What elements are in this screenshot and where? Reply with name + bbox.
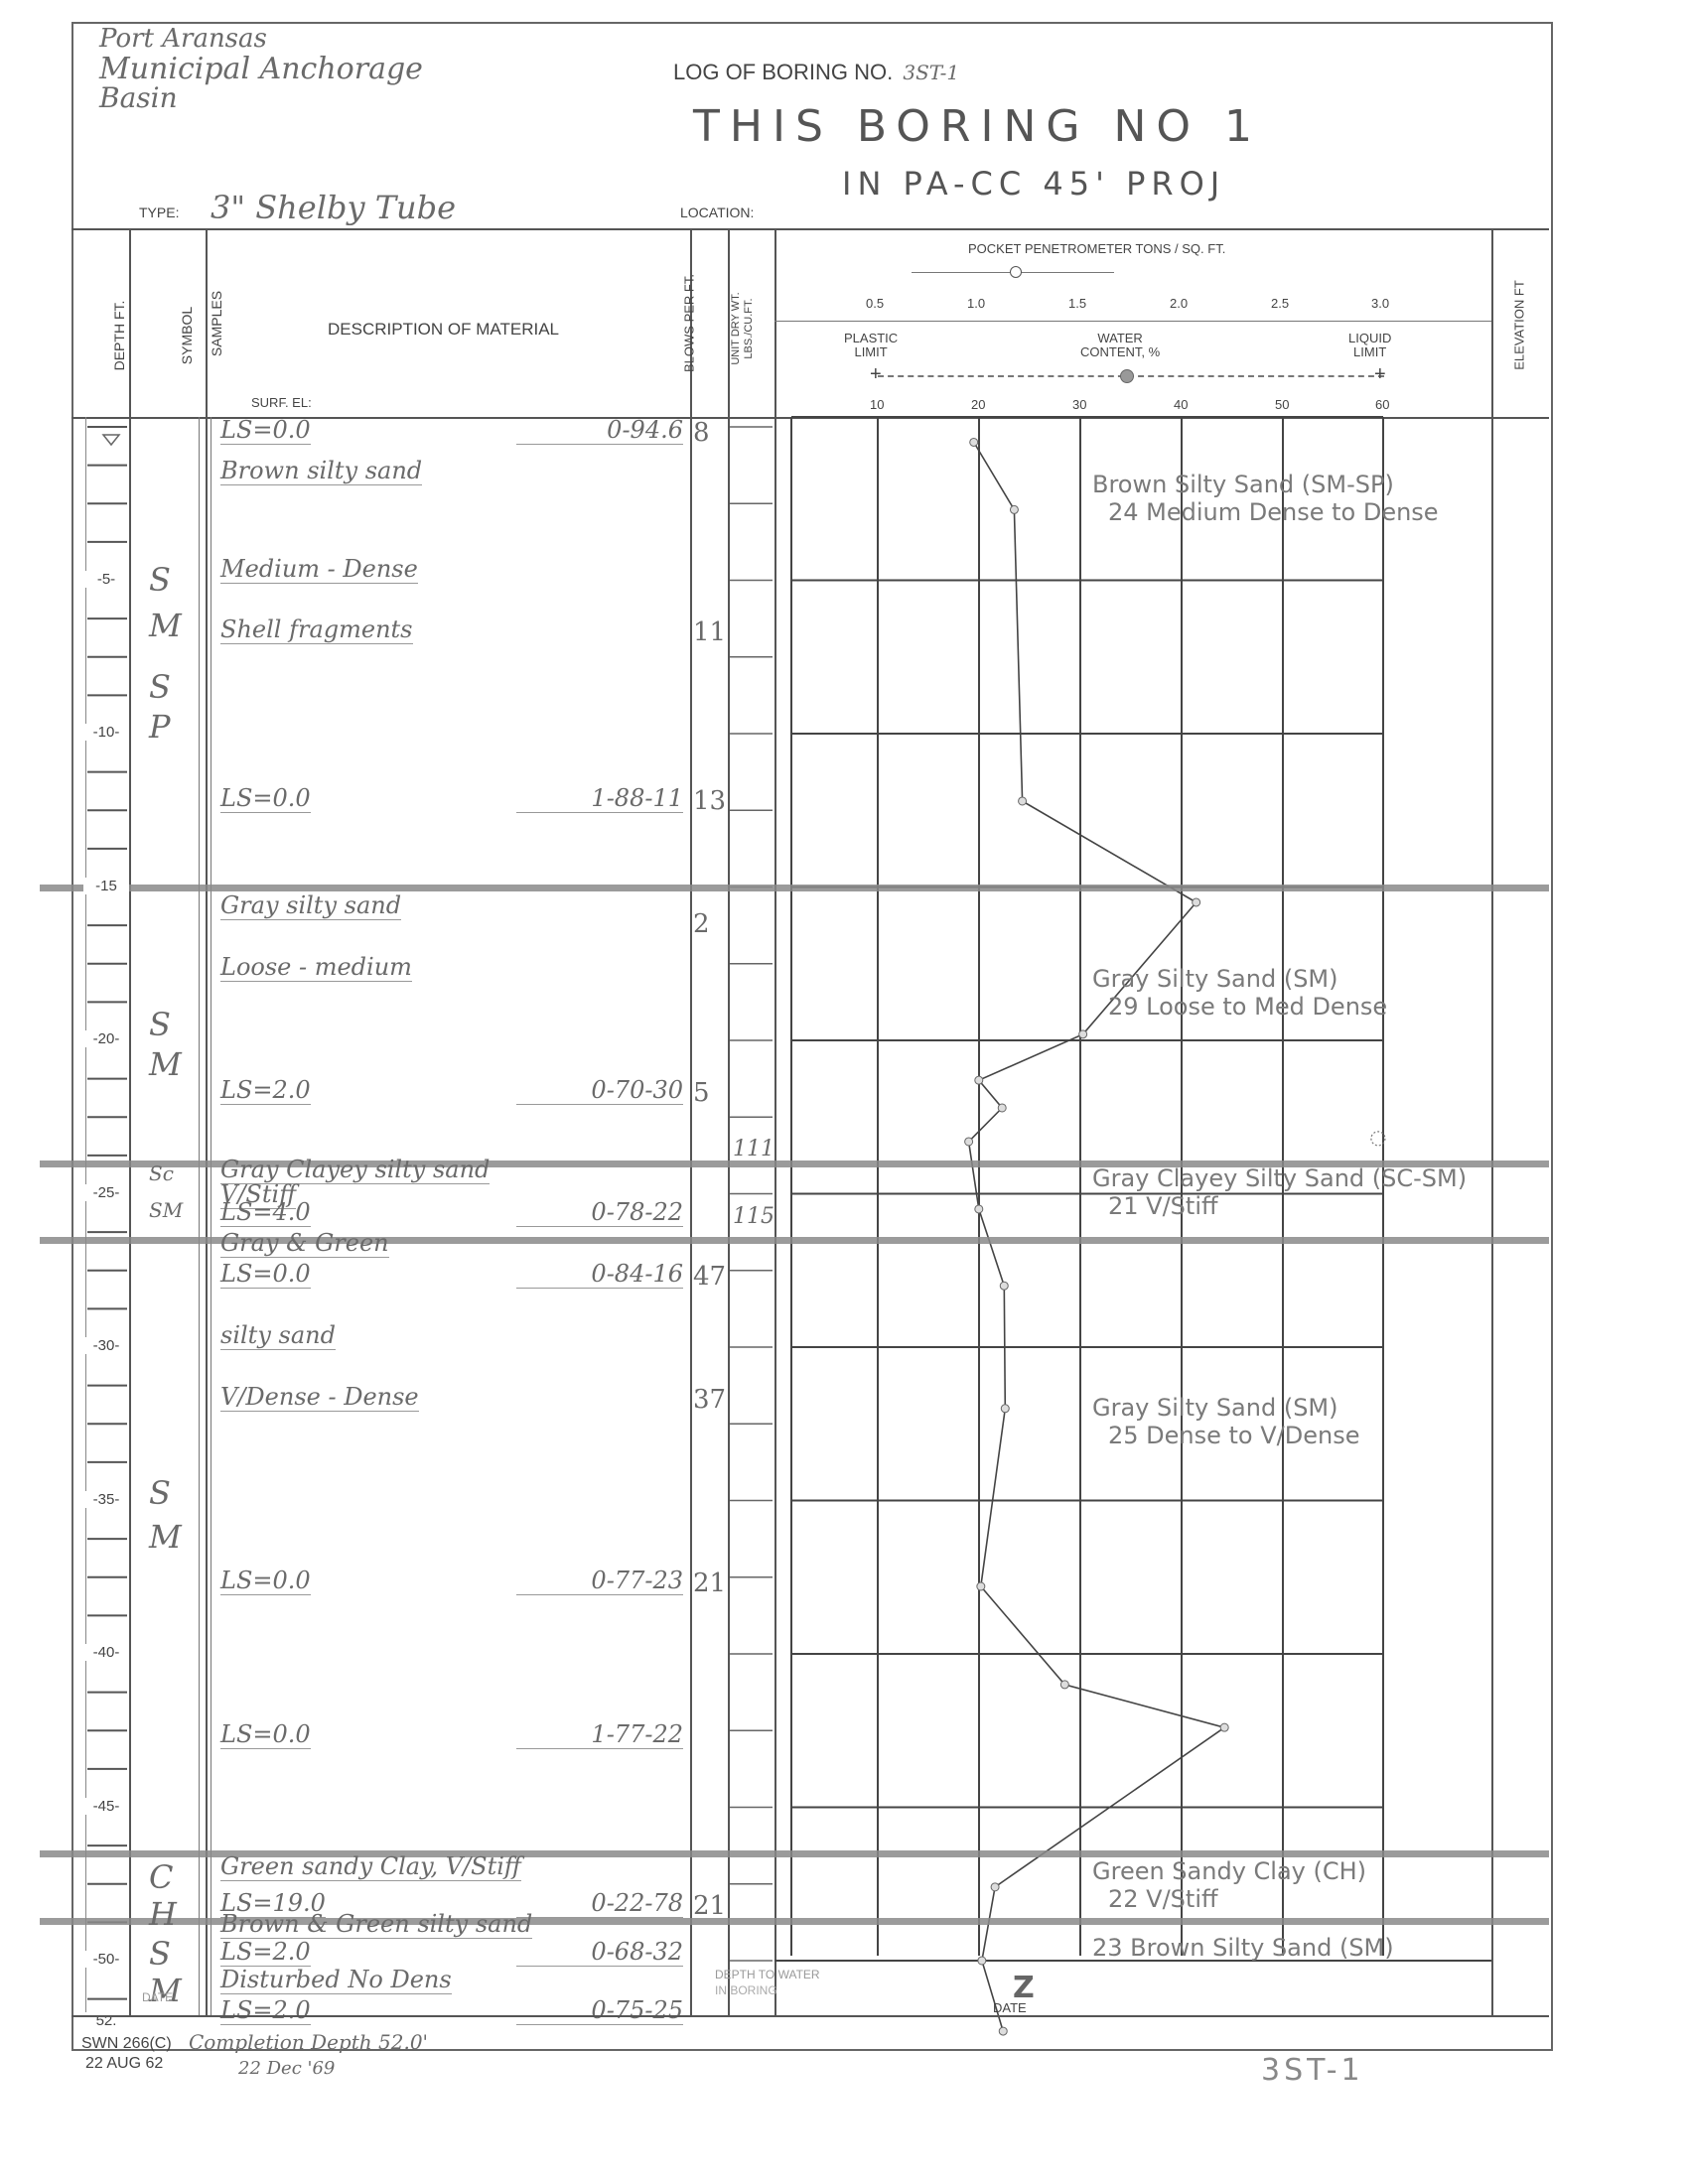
depth-tick-label: -25- bbox=[83, 1184, 129, 1201]
uscs-symbol: M bbox=[149, 1045, 182, 1083]
blows-value: 11 bbox=[693, 617, 726, 647]
unit-weight-value: 111 bbox=[733, 1137, 774, 1161]
depth-tick-label: -20- bbox=[83, 1030, 129, 1047]
water-tick-label: 50 bbox=[1275, 397, 1289, 412]
material-description: LS=0.0 bbox=[220, 1260, 311, 1289]
form-code: SWN 266(C) bbox=[81, 2035, 172, 2053]
date-scribble: Z bbox=[1013, 1971, 1035, 2005]
water-tick-label: 30 bbox=[1072, 397, 1086, 412]
in-boring: IN BORING bbox=[715, 1983, 777, 1997]
material-description: Brown silty sand bbox=[220, 457, 422, 485]
material-description: Medium - Dense bbox=[220, 555, 418, 584]
material-description: Brown & Green silty sand bbox=[220, 1910, 532, 1939]
material-description: Disturbed No Dens bbox=[220, 1966, 452, 1994]
material-description: Gray & Green bbox=[220, 1229, 389, 1258]
blows-value: 21 bbox=[693, 1891, 726, 1921]
sample-result: 1-77-22 bbox=[516, 1720, 683, 1749]
form-date: 22 AUG 62 bbox=[85, 2055, 163, 2073]
stratum-annotation: Green Sandy Clay (CH)22 V/Stiff bbox=[1092, 1857, 1366, 1913]
sample-result: 0-78-22 bbox=[516, 1198, 683, 1227]
depth-tick-label: -45- bbox=[83, 1798, 129, 1815]
uscs-symbol: S bbox=[149, 561, 171, 599]
pen-tick-label: 1.5 bbox=[1068, 296, 1086, 311]
material-description: Gray silty sand bbox=[220, 891, 401, 920]
uscs-symbol: S bbox=[149, 1935, 171, 1973]
depth-tick-label: -35- bbox=[83, 1491, 129, 1508]
depth-tick-label: -5- bbox=[83, 571, 129, 588]
pen-tick-label: 2.0 bbox=[1170, 296, 1188, 311]
uscs-symbol: S bbox=[149, 1474, 171, 1512]
completion-depth: Completion Depth 52.0' bbox=[189, 2030, 428, 2054]
blows-value: 8 bbox=[693, 418, 710, 448]
blows-value: 47 bbox=[693, 1262, 726, 1292]
depth-to-water: DEPTH TO WATER bbox=[715, 1968, 820, 1981]
depth-tick-label: -30- bbox=[83, 1337, 129, 1354]
uscs-symbol: M bbox=[149, 1518, 182, 1556]
pen-tick-label: 2.5 bbox=[1271, 296, 1289, 311]
water-tick-label: 40 bbox=[1174, 397, 1188, 412]
uscs-symbol: P bbox=[149, 708, 171, 746]
sample-result: 0-84-16 bbox=[516, 1260, 683, 1289]
uscs-symbol: S bbox=[149, 1006, 171, 1043]
material-description: silty sand bbox=[220, 1321, 336, 1350]
blows-value: 21 bbox=[693, 1569, 726, 1598]
date-label-left: DATE bbox=[142, 1990, 173, 2004]
sample-result: 0-75-25 bbox=[516, 1996, 683, 2025]
depth-tick-label: -10- bbox=[83, 724, 129, 741]
uscs-symbol: S bbox=[149, 668, 171, 706]
stratum-annotation: Gray Clayey Silty Sand (SC-SM)21 V/Stiff bbox=[1092, 1164, 1467, 1220]
completion-date: 22 Dec '69 bbox=[238, 2058, 335, 2079]
sample-result: 0-94.6 bbox=[516, 416, 683, 445]
blows-value: 2 bbox=[693, 909, 710, 939]
blows-value: 5 bbox=[693, 1078, 710, 1108]
sample-result: 1-88-11 bbox=[516, 784, 683, 813]
material-description: LS=2.0 bbox=[220, 1938, 311, 1967]
material-description: Loose - medium bbox=[220, 953, 412, 982]
material-description: LS=0.0 bbox=[220, 1720, 311, 1749]
depth-tick-label: -50- bbox=[83, 1951, 129, 1968]
stratum-annotation: Gray Silty Sand (SM)29 Loose to Med Dens… bbox=[1092, 965, 1387, 1021]
boring-id-footer: 3ST-1 bbox=[1261, 2053, 1364, 2088]
blows-value: 37 bbox=[693, 1385, 726, 1415]
pen-tick-label: 1.0 bbox=[967, 296, 985, 311]
uscs-symbol: C bbox=[149, 1858, 173, 1896]
blows-value: 13 bbox=[693, 786, 726, 816]
material-description: LS=0.0 bbox=[220, 784, 311, 813]
material-description: V/Dense - Dense bbox=[220, 1383, 419, 1412]
pen-tick-label: 3.0 bbox=[1371, 296, 1389, 311]
material-description: LS=0.0 bbox=[220, 1567, 311, 1595]
material-description: LS=0.0 bbox=[220, 416, 311, 445]
uscs-symbol: Sc bbox=[149, 1161, 174, 1185]
unit-weight-value: 115 bbox=[733, 1204, 774, 1229]
uscs-symbol: SM bbox=[149, 1198, 183, 1222]
sample-result: 0-68-32 bbox=[516, 1938, 683, 1967]
stratum-annotation: 23 Brown Silty Sand (SM) bbox=[1092, 1934, 1394, 1962]
footer-rule bbox=[71, 2015, 1549, 2017]
material-description: Shell fragments bbox=[220, 615, 413, 644]
material-description: LS=2.0 bbox=[220, 1996, 311, 2025]
material-description: Green sandy Clay, V/Stiff bbox=[220, 1852, 521, 1881]
sample-result: 0-77-23 bbox=[516, 1567, 683, 1595]
uscs-symbol: M bbox=[149, 607, 182, 644]
depth-tick-label: -40- bbox=[83, 1644, 129, 1661]
uscs-symbol: H bbox=[149, 1895, 177, 1933]
sample-result: 0-22-78 bbox=[516, 1889, 683, 1918]
sample-result: 0-70-30 bbox=[516, 1076, 683, 1105]
pen-tick-label: 0.5 bbox=[866, 296, 884, 311]
water-tick-label: 10 bbox=[870, 397, 884, 412]
material-description: LS=4.0 bbox=[220, 1198, 311, 1227]
stratum-boundary bbox=[40, 885, 1549, 891]
stratum-annotation: Gray Silty Sand (SM)25 Dense to V/Dense bbox=[1092, 1394, 1359, 1449]
stratum-annotation: Brown Silty Sand (SM-SP)24 Medium Dense … bbox=[1092, 471, 1439, 526]
water-tick-label: 60 bbox=[1375, 397, 1389, 412]
water-tick-label: 20 bbox=[971, 397, 985, 412]
depth-tick-label: -15 bbox=[83, 878, 129, 894]
material-description: LS=2.0 bbox=[220, 1076, 311, 1105]
